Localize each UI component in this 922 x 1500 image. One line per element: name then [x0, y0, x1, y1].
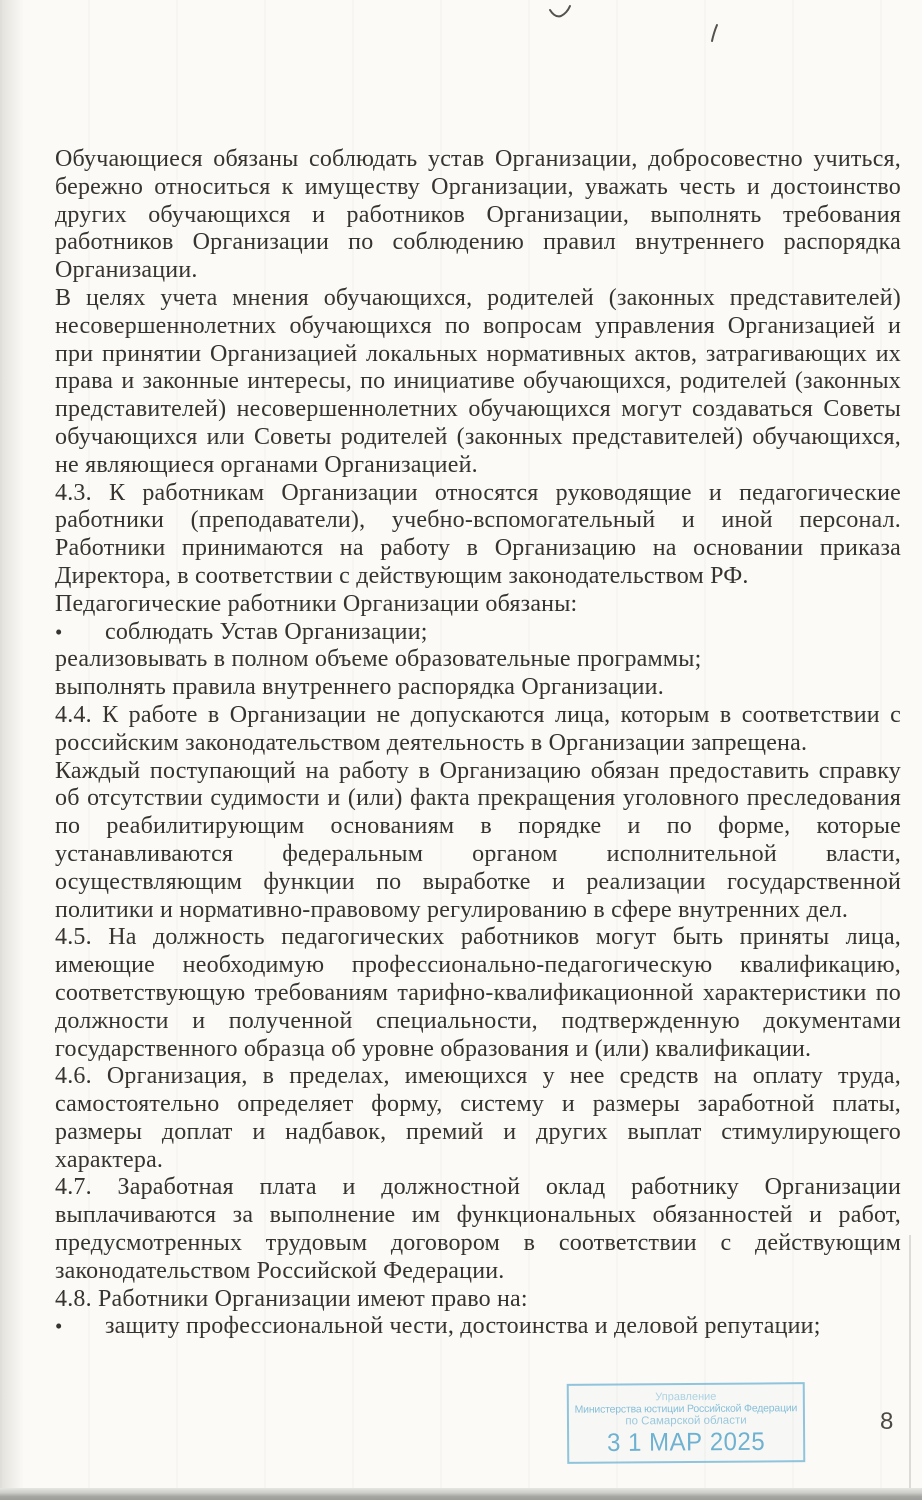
bullet-icon: •: [55, 1313, 105, 1341]
paragraph: реализовывать в полном объеме образовате…: [55, 646, 901, 674]
paragraph: 4.5. На должность педагогических работни…: [55, 924, 901, 1063]
scan-edge-bottom: [0, 1488, 922, 1500]
bullet-item: •соблюдать Устав Организации;: [55, 619, 901, 647]
bullet-item: •защиту профессиональной чести, достоинс…: [55, 1313, 901, 1341]
page-number: 8: [880, 1408, 893, 1436]
paragraph: 4.7. Заработная плата и должностной окла…: [55, 1174, 901, 1285]
bullet-text: защиту профессиональной чести, достоинст…: [105, 1313, 821, 1341]
paragraph: выполнять правила внутреннего распорядка…: [55, 674, 901, 702]
scan-shadow-left: [0, 0, 24, 1488]
paragraph: 4.3. К работникам Организации относятся …: [55, 480, 901, 591]
scan-artifact-line: [909, 1235, 911, 1490]
paragraph: Каждый поступающий на работу в Организац…: [55, 758, 901, 925]
paragraph: В целях учета мнения обучающихся, родите…: [55, 285, 901, 480]
stamp-line-region: по Самарской области: [569, 1414, 803, 1429]
pen-slash-mark: [709, 23, 719, 43]
bullet-text: соблюдать Устав Организации;: [105, 619, 428, 647]
paragraph: 4.8. Работники Организации имеют право н…: [55, 1286, 901, 1314]
pen-check-mark: [548, 4, 572, 20]
document-text: Обучающиеся обязаны соблюдать устав Орга…: [55, 146, 901, 1341]
paragraph: Обучающиеся обязаны соблюдать устав Орга…: [55, 146, 901, 285]
bullet-icon: •: [55, 619, 105, 647]
paragraph: 4.4. К работе в Организации не допускают…: [55, 702, 901, 758]
paragraph: 4.6. Организация, в пределах, имеющихся …: [55, 1063, 901, 1174]
stamp-date: 3 1 МАР 2025: [569, 1428, 803, 1457]
paragraph: Педагогические работники Организации обя…: [55, 591, 901, 619]
ministry-of-justice-stamp: Управление Министерства юстиции Российск…: [567, 1382, 806, 1464]
